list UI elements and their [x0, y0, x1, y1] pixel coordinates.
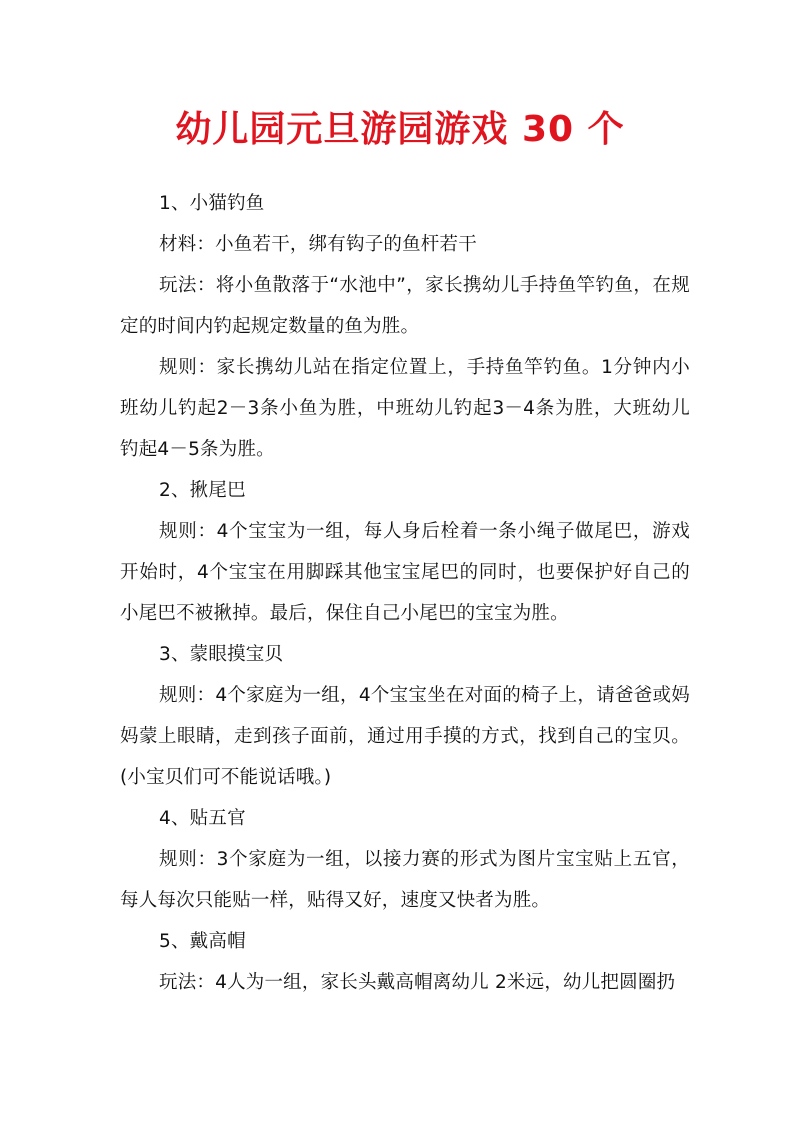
section-heading-3: 3、蒙眼摸宝贝 [120, 634, 690, 675]
section-heading-5: 5、戴高帽 [120, 921, 690, 962]
paragraph-rules: 规则：家长携幼儿站在指定位置上，手持鱼竿钓鱼。1分钟内小班幼儿钓起2－3条小鱼为… [120, 347, 690, 470]
section-heading-1: 1、小猫钓鱼 [120, 183, 690, 224]
paragraph-rules: 规则：3个家庭为一组，以接力赛的形式为图片宝宝贴上五官，每人每次只能贴一样，贴得… [120, 839, 690, 921]
paragraph-rules: 规则：4个家庭为一组，4个宝宝坐在对面的椅子上，请爸爸或妈妈蒙上眼睛，走到孩子面… [120, 675, 690, 798]
section-heading-2: 2、揪尾巴 [120, 470, 690, 511]
paragraph-rules: 规则：4个宝宝为一组，每人身后栓着一条小绳子做尾巴，游戏开始时，4个宝宝在用脚踩… [120, 511, 690, 634]
document-title: 幼儿园元旦游园游戏 30 个 [0, 106, 800, 154]
paragraph-gameplay: 玩法：将小鱼散落于“水池中”，家长携幼儿手持鱼竿钓鱼，在规定的时间内钓起规定数量… [120, 265, 690, 347]
document-page: 幼儿园元旦游园游戏 30 个 1、小猫钓鱼 材料：小鱼若干，绑有钩子的鱼杆若干 … [0, 0, 800, 1132]
paragraph-materials: 材料：小鱼若干，绑有钩子的鱼杆若干 [120, 224, 690, 265]
paragraph-gameplay: 玩法：4人为一组，家长头戴高帽离幼儿 2米远，幼儿把圆圈扔 [120, 962, 690, 1003]
section-heading-4: 4、贴五官 [120, 798, 690, 839]
document-body: 1、小猫钓鱼 材料：小鱼若干，绑有钩子的鱼杆若干 玩法：将小鱼散落于“水池中”，… [120, 183, 690, 1003]
